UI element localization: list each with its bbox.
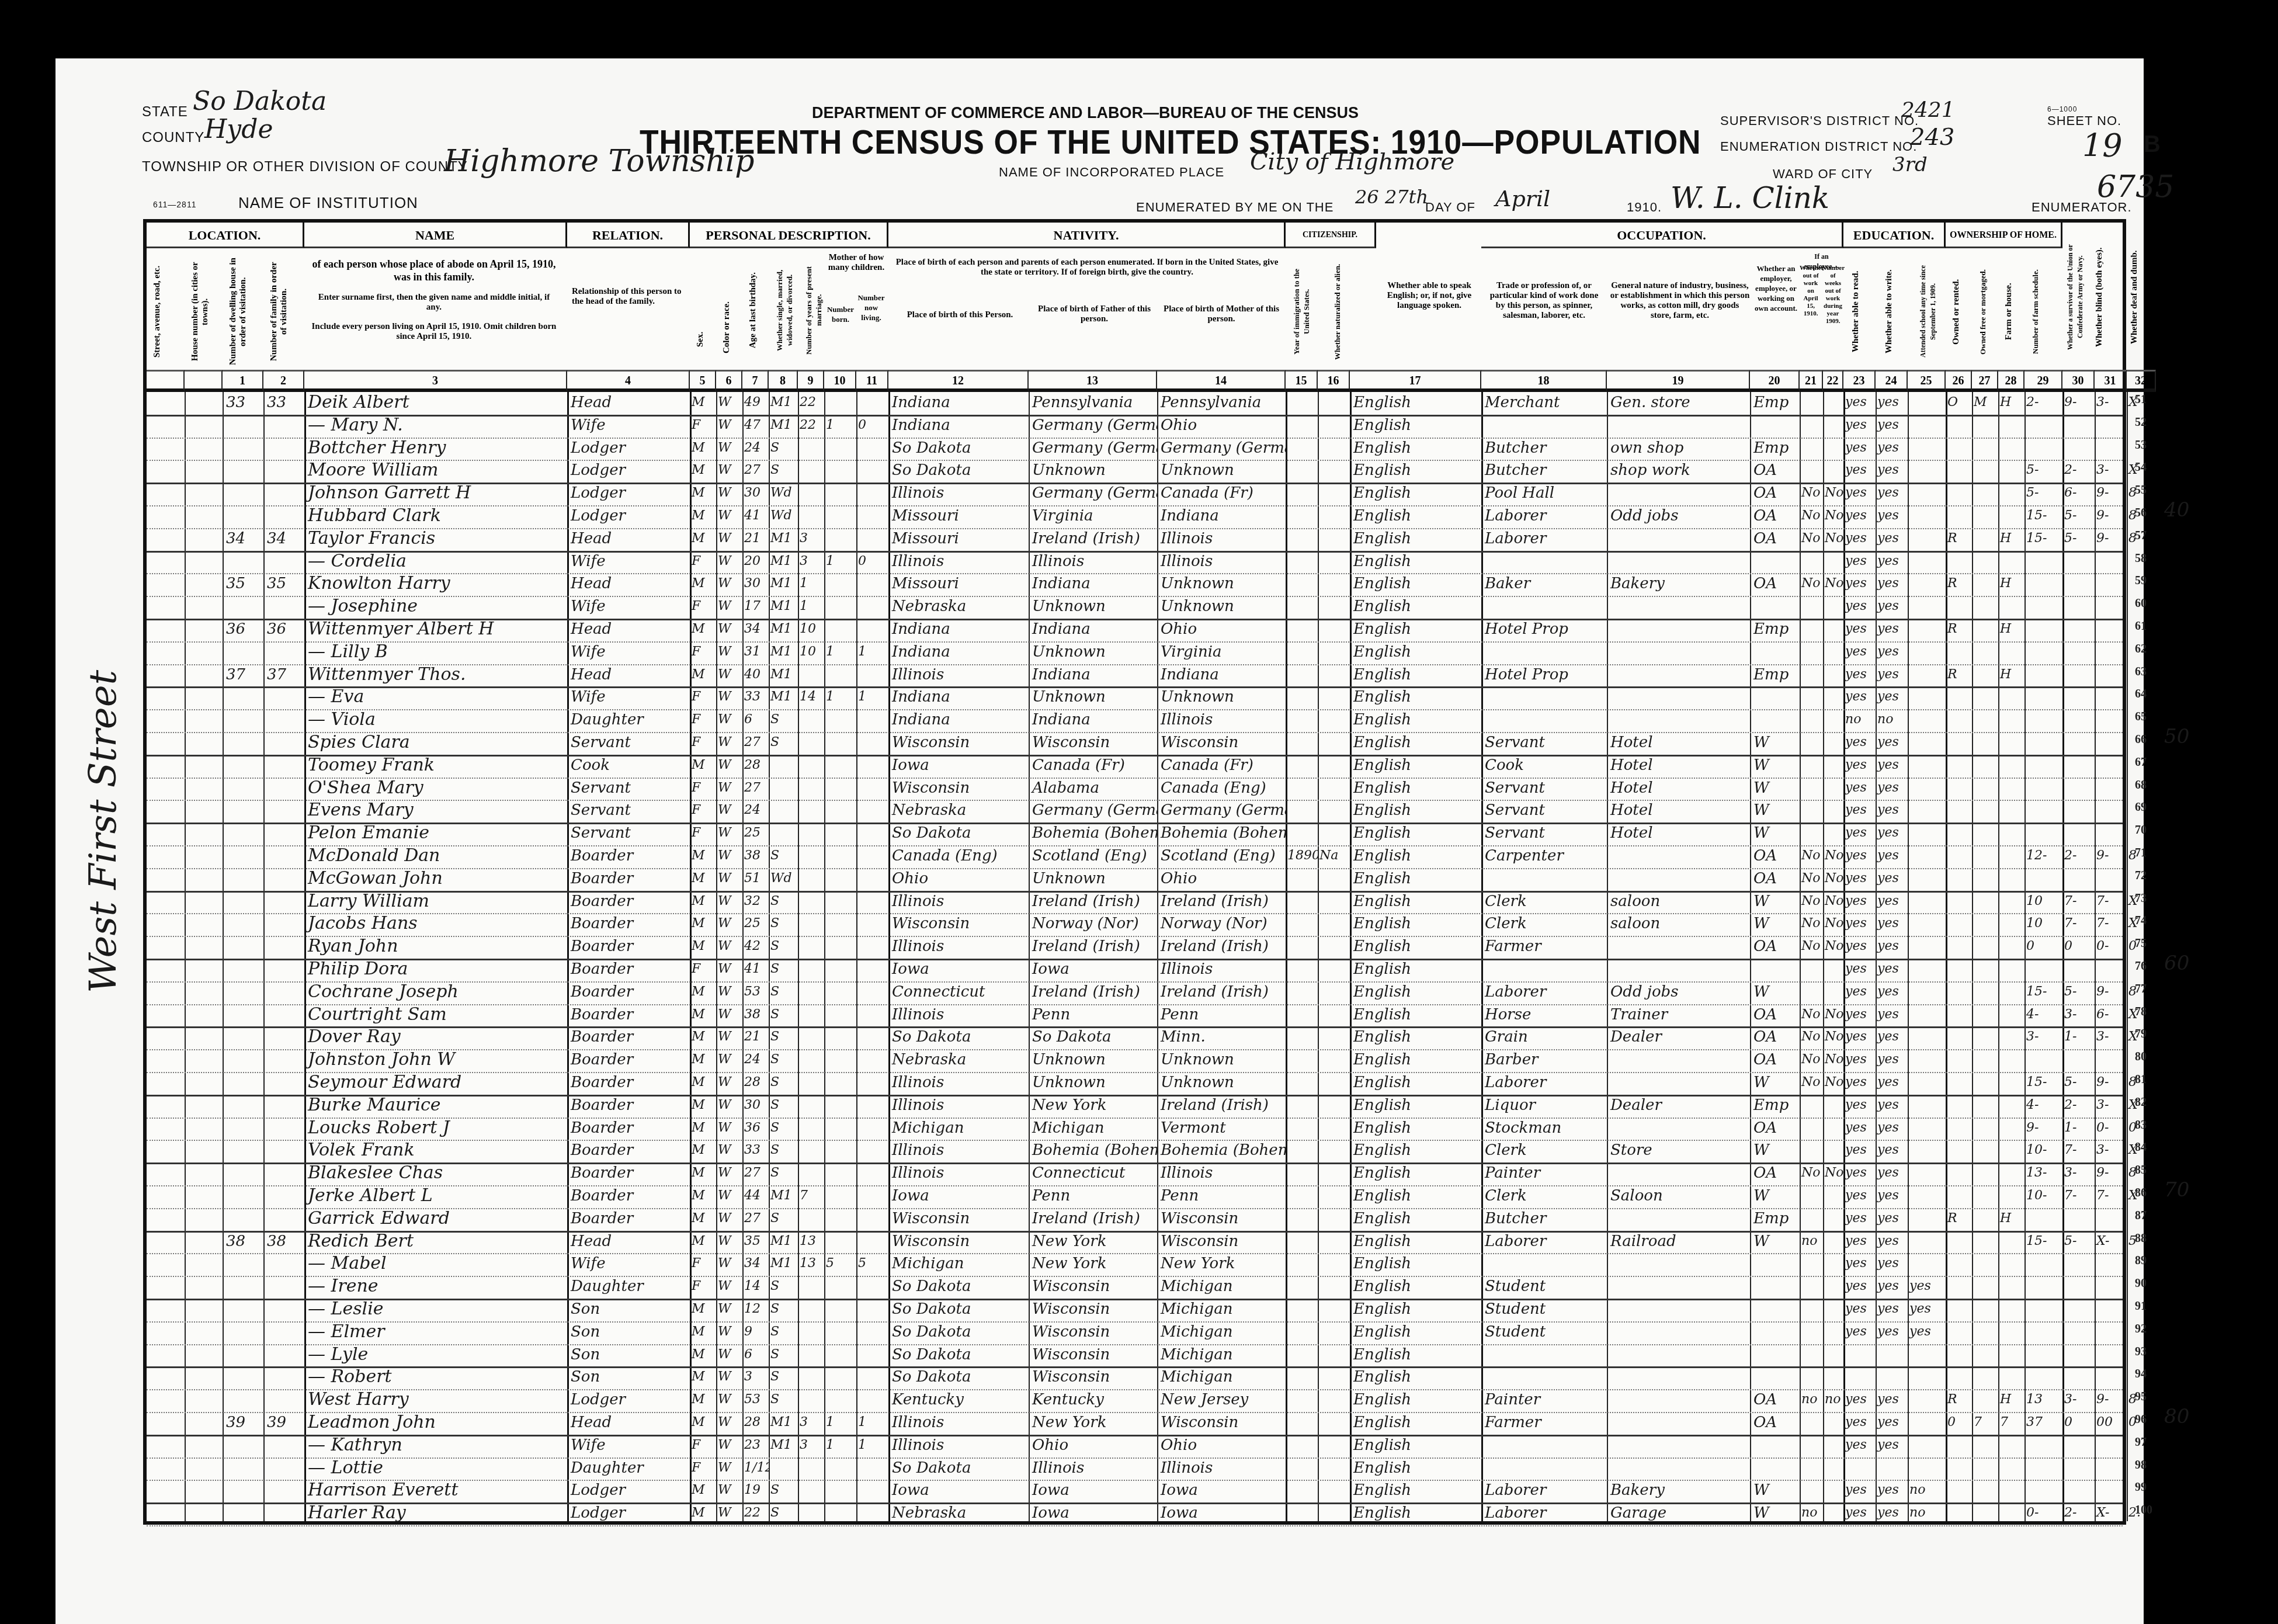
cell-color: W [716, 891, 742, 914]
cell-age: 35 [742, 1231, 769, 1254]
cell-pob-father: Penn [1029, 1185, 1157, 1208]
cell-name: Cochrane Joseph [304, 981, 567, 1004]
cell-emp: OA [1750, 483, 1800, 505]
cell-dwelling [223, 641, 263, 664]
cell-emp: Emp [1750, 619, 1800, 641]
cell-age: 25 [742, 913, 769, 936]
cell-english: English [1350, 1253, 1481, 1276]
cell-age: 32 [742, 891, 769, 914]
table-row: Cochrane JosephBoarderMW53SConnecticutIr… [147, 981, 2123, 1005]
cell-born [824, 1231, 856, 1254]
cell-owned [1946, 1163, 1972, 1185]
cell-free [1972, 1231, 1998, 1254]
cell-dwelling [223, 1095, 263, 1118]
cell-out [1800, 1344, 1823, 1367]
cell-english: English [1350, 596, 1481, 619]
cell-living [856, 1231, 888, 1254]
cell-dwelling [223, 1026, 263, 1049]
cell-english: English [1350, 392, 1481, 415]
cell-farm-sched [2024, 1366, 2062, 1389]
cell-owned [1946, 551, 1972, 574]
cell-english: English [1350, 1185, 1481, 1208]
cell-dwelling [223, 959, 263, 981]
line-number: 53 [2135, 439, 2147, 452]
cell-born [824, 1480, 856, 1502]
cell-pob-mother: New Jersey [1157, 1389, 1286, 1412]
cell-sex: M [690, 460, 716, 483]
cell-marital: M1 [769, 664, 798, 687]
cell-immig [1286, 936, 1318, 959]
cell-farm [1998, 1458, 2024, 1480]
cell-pob-father: Ohio [1029, 1435, 1157, 1458]
cell-free [1972, 1253, 1998, 1276]
cell-pob-mother: Bohemia (Bohemian) [1157, 823, 1286, 845]
cell-age: 33 [742, 686, 769, 709]
cell-industry: Bakery [1607, 1480, 1750, 1502]
cell-write: yes [1876, 1480, 1908, 1502]
cell-school [1908, 755, 1946, 778]
line-number: 51 [2135, 393, 2147, 407]
cell-sex: M [690, 1321, 716, 1344]
cell-emp: OA [1750, 1412, 1800, 1435]
cell-dwelling [223, 1276, 263, 1299]
cell-color: W [716, 913, 742, 936]
cell-dwelling: 37 [223, 664, 263, 687]
cell-born [824, 1458, 856, 1480]
cell-weeks [1823, 1435, 1843, 1458]
cell-dwelling [223, 1502, 263, 1525]
cell-out: No [1800, 936, 1823, 959]
cell-out [1800, 755, 1823, 778]
cell-family [263, 1208, 304, 1231]
cell-free [1972, 891, 1998, 914]
cell-color: W [716, 1049, 742, 1072]
cell-farm: H [1998, 1208, 2024, 1231]
cell-relation: Lodger [567, 438, 690, 460]
cell-yrs: 3 [798, 1435, 824, 1458]
sheet-form-label: 6—1000 [2047, 105, 2077, 113]
cell-marital: S [769, 1502, 798, 1525]
cell-born [824, 664, 856, 687]
cell-owned [1946, 1480, 1972, 1502]
cell-write: yes [1876, 1389, 1908, 1412]
cell-yrs [798, 1140, 824, 1163]
cell-owned [1946, 1231, 1972, 1254]
cell-immig [1286, 1321, 1318, 1344]
cell-family [263, 551, 304, 574]
cell-marital: M1 [769, 573, 798, 596]
cell-owned [1946, 415, 1972, 438]
cell-farm [1998, 505, 2024, 528]
table-row: West HarryLodgerMW53SKentuckyKentuckyNew… [147, 1389, 2123, 1413]
cell-pob: Illinois [888, 1004, 1029, 1027]
cell-weeks: No [1823, 483, 1843, 505]
cell-immig [1286, 1231, 1318, 1254]
cell-pob-mother: Ohio [1157, 415, 1286, 438]
cell-natz [1318, 415, 1350, 438]
cell-write: yes [1876, 1231, 1908, 1254]
cell-farm [1998, 686, 2024, 709]
owned-rented-header: Owned or rented. [1951, 258, 1961, 366]
cell-write: yes [1876, 891, 1908, 914]
english-description: Whether able to speak English; or, if no… [1380, 281, 1478, 311]
column-number: 14 [1157, 370, 1286, 392]
column-number: 18 [1481, 370, 1607, 392]
cell-owned [1946, 778, 1972, 800]
cell-farm [1998, 1004, 2024, 1027]
cell-industry: Hotel [1607, 800, 1750, 823]
cell-c30: 1- [2062, 1026, 2095, 1049]
cell-name: Larry William [304, 891, 567, 914]
cell-weeks: No [1823, 845, 1843, 868]
cell-yrs [798, 1458, 824, 1480]
cell-farm-sched [2024, 709, 2062, 732]
cell-immig [1286, 505, 1318, 528]
cell-relation: Boarder [567, 1140, 690, 1163]
cell-c31 [2095, 1366, 2127, 1389]
cell-english: English [1350, 1435, 1481, 1458]
cell-read: yes [1843, 1502, 1876, 1525]
cell-born [824, 1118, 856, 1140]
cell-pob: Iowa [888, 1185, 1029, 1208]
cell-farm [1998, 1140, 2024, 1163]
cell-english: English [1350, 1458, 1481, 1480]
cell-school [1908, 686, 1946, 709]
group-personal-description: PERSONAL DESCRIPTION. [690, 223, 888, 248]
table-row: 3939Leadmon JohnHeadMW28M1311IllinoisNew… [147, 1412, 2123, 1436]
cell-name: Hubbard Clark [304, 505, 567, 528]
cell-school [1908, 483, 1946, 505]
cell-trade: Laborer [1481, 1072, 1607, 1095]
cell-c31 [2095, 1321, 2127, 1344]
cell-farm [1998, 1185, 2024, 1208]
cell-trade [1481, 959, 1607, 981]
cell-english: English [1350, 1140, 1481, 1163]
cell-natz [1318, 1389, 1350, 1412]
cell-farm [1998, 1435, 2024, 1458]
cell-pob-father: Kentucky [1029, 1389, 1157, 1412]
cell-age: 47 [742, 415, 769, 438]
cell-weeks [1823, 1208, 1843, 1231]
cell-trade: Hotel Prop [1481, 664, 1607, 687]
cell-farm-sched: 0 [2024, 936, 2062, 959]
cell-trade: Butcher [1481, 438, 1607, 460]
cell-pob: Illinois [888, 1412, 1029, 1435]
cell-age: 6 [742, 1344, 769, 1367]
cell-industry [1607, 1208, 1750, 1231]
cell-name: Redich Bert [304, 1231, 567, 1254]
cell-pob-father: Bohemia (Bohemian) [1029, 823, 1157, 845]
cell-trade: Laborer [1481, 1480, 1607, 1502]
cell-read: yes [1843, 1095, 1876, 1118]
cell-dwelling [223, 1480, 263, 1502]
cell-owned [1946, 438, 1972, 460]
cell-farm [1998, 1095, 2024, 1118]
cell-born [824, 460, 856, 483]
cell-living [856, 823, 888, 845]
cell-trade [1481, 1458, 1607, 1480]
cell-yrs [798, 913, 824, 936]
cell-yrs [798, 981, 824, 1004]
county-value: Hyde [204, 114, 273, 144]
cell-born [824, 1502, 856, 1525]
cell-write: yes [1876, 1276, 1908, 1299]
years-married-header: Number of years of present marriage. [804, 258, 824, 363]
cell-yrs [798, 845, 824, 868]
cell-free [1972, 778, 1998, 800]
cell-pob-father: Scotland (Eng) [1029, 845, 1157, 868]
cell-yrs: 14 [798, 686, 824, 709]
cell-read: yes [1843, 1163, 1876, 1185]
cell-write [1876, 1366, 1908, 1389]
cell-family [263, 483, 304, 505]
cell-age: 44 [742, 1185, 769, 1208]
cell-marital: S [769, 1004, 798, 1027]
cell-born [824, 1163, 856, 1185]
column-number: 10 [824, 370, 856, 392]
cell-pob: Wisconsin [888, 732, 1029, 755]
cell-industry [1607, 1049, 1750, 1072]
cell-out: no [1800, 1231, 1823, 1254]
cell-marital: S [769, 1118, 798, 1140]
cell-living [856, 1163, 888, 1185]
line-number: 74 [2135, 914, 2147, 928]
cell-trade: Student [1481, 1276, 1607, 1299]
cell-weeks: No [1823, 1072, 1843, 1095]
cell-english: English [1350, 1208, 1481, 1231]
cell-industry [1607, 709, 1750, 732]
cell-immig [1286, 438, 1318, 460]
cell-sex: F [690, 1458, 716, 1480]
cell-living: 1 [856, 1412, 888, 1435]
cell-farm-sched [2024, 415, 2062, 438]
cell-marital: M1 [769, 1231, 798, 1254]
cell-farm [1998, 483, 2024, 505]
cell-dwelling [223, 913, 263, 936]
deaf-dumb-header: Whether deaf and dumb. [2130, 228, 2140, 366]
cell-marital [769, 778, 798, 800]
cell-c30 [2062, 438, 2095, 460]
cell-born [824, 505, 856, 528]
cell-school [1908, 619, 1946, 641]
cell-sex: M [690, 1049, 716, 1072]
cell-age: 36 [742, 1118, 769, 1140]
cell-immig [1286, 959, 1318, 981]
cell-out: No [1800, 505, 1823, 528]
cell-weeks [1823, 1253, 1843, 1276]
cell-yrs [798, 1095, 824, 1118]
cell-natz [1318, 483, 1350, 505]
naturalized-header: Whether naturalized or alien. [1332, 258, 1342, 366]
cell-owned [1946, 1502, 1972, 1525]
cell-name: Wittenmyer Thos. [304, 664, 567, 687]
cell-farm-sched: 10 [2024, 891, 2062, 914]
cell-color: W [716, 1389, 742, 1412]
cell-farm [1998, 1163, 2024, 1185]
cell-read: yes [1843, 528, 1876, 551]
table-row: Larry WilliamBoarderMW32SIllinoisIreland… [147, 891, 2123, 915]
cell-pob: Indiana [888, 641, 1029, 664]
cell-natz [1318, 664, 1350, 687]
cell-industry: Trainer [1607, 1004, 1750, 1027]
column-number: 22 [1823, 370, 1843, 392]
cell-relation: Son [567, 1344, 690, 1367]
cell-weeks: No [1823, 1026, 1843, 1049]
cell-family [263, 1389, 304, 1412]
cell-trade: Laborer [1481, 981, 1607, 1004]
cell-yrs [798, 823, 824, 845]
incorporated-place-value: City of Highmore [1250, 148, 1454, 175]
cell-read: yes [1843, 1231, 1876, 1254]
cell-born: 1 [824, 1435, 856, 1458]
cell-living: 0 [856, 551, 888, 574]
cell-color: W [716, 1480, 742, 1502]
table-row: Garrick EdwardBoarderMW27SWisconsinIrela… [147, 1208, 2123, 1233]
cell-pob: Illinois [888, 1140, 1029, 1163]
cell-farm [1998, 732, 2024, 755]
cell-out: no [1800, 1389, 1823, 1412]
cell-pob-father: Indiana [1029, 664, 1157, 687]
cell-family [263, 1163, 304, 1185]
cell-english: English [1350, 1321, 1481, 1344]
cell-c30: 5- [2062, 528, 2095, 551]
cell-trade: Merchant [1481, 392, 1607, 415]
cell-farm-sched [2024, 1480, 2062, 1502]
cell-pob: Kentucky [888, 1389, 1029, 1412]
cell-weeks [1823, 1276, 1843, 1299]
cell-school [1908, 1163, 1946, 1185]
cell-born [824, 1026, 856, 1049]
cell-name: — Viola [304, 709, 567, 732]
cell-born [824, 732, 856, 755]
cell-pob: Nebraska [888, 1502, 1029, 1525]
cell-school [1908, 460, 1946, 483]
cell-natz [1318, 392, 1350, 415]
mother-of-header: Mother of how many children. [827, 253, 885, 273]
cell-c31 [2095, 551, 2127, 574]
cell-trade [1481, 551, 1607, 574]
cell-family [263, 460, 304, 483]
table-row: — Lilly BWifeFW31M11011IndianaUnknownVir… [147, 641, 2123, 665]
cell-immig [1286, 1389, 1318, 1412]
cell-color: W [716, 641, 742, 664]
cell-pob-mother: Canada (Eng) [1157, 778, 1286, 800]
cell-relation: Lodger [567, 1389, 690, 1412]
cell-dwelling [223, 1208, 263, 1231]
cell-color: W [716, 1276, 742, 1299]
cell-weeks: No [1823, 573, 1843, 596]
cell-name: Johnson Garrett H [304, 483, 567, 505]
cell-farm-sched: 15- [2024, 505, 2062, 528]
cell-out: No [1800, 1072, 1823, 1095]
cell-yrs: 22 [798, 392, 824, 415]
cell-sex: M [690, 528, 716, 551]
cell-family: 34 [263, 528, 304, 551]
cell-emp: W [1750, 823, 1800, 845]
cell-pob-mother: Ohio [1157, 1435, 1286, 1458]
table-row: — RobertSonMW3SSo DakotaWisconsinMichiga… [147, 1366, 2123, 1390]
cell-born [824, 1344, 856, 1367]
group-nativity: NATIVITY. [888, 223, 1286, 248]
cell-c31 [2095, 415, 2127, 438]
cell-free [1972, 1299, 1998, 1321]
column-number: 8 [769, 370, 798, 392]
cell-natz [1318, 596, 1350, 619]
cell-industry [1607, 1253, 1750, 1276]
cell-owned [1946, 1072, 1972, 1095]
cell-color: W [716, 1321, 742, 1344]
cell-relation: Wife [567, 415, 690, 438]
cell-yrs [798, 1321, 824, 1344]
cell-dwelling [223, 1163, 263, 1185]
column-number: 5 [690, 370, 716, 392]
cell-c30 [2062, 732, 2095, 755]
cell-living [856, 573, 888, 596]
cell-write [1876, 1344, 1908, 1367]
cell-sex: M [690, 1389, 716, 1412]
cell-living [856, 596, 888, 619]
cell-name: Garrick Edward [304, 1208, 567, 1231]
cell-marital: S [769, 709, 798, 732]
cell-color: W [716, 1253, 742, 1276]
cell-pob-father: Indiana [1029, 619, 1157, 641]
cell-pob: Ohio [888, 868, 1029, 891]
cell-owned [1946, 800, 1972, 823]
cell-dwelling [223, 460, 263, 483]
cell-dwelling: 33 [223, 392, 263, 415]
cell-owned [1946, 483, 1972, 505]
cell-relation: Son [567, 1321, 690, 1344]
cell-pob-father: Pennsylvania [1029, 392, 1157, 415]
cell-color: W [716, 1026, 742, 1049]
cell-pob-father: So Dakota [1029, 1026, 1157, 1049]
cell-immig [1286, 664, 1318, 687]
cell-immig [1286, 460, 1318, 483]
house-number-header: House number (in cities or towns). [190, 258, 210, 366]
cell-c30: 7- [2062, 1185, 2095, 1208]
line-number: 78 [2135, 1005, 2147, 1019]
cell-trade: Liquor [1481, 1095, 1607, 1118]
cell-pob: Indiana [888, 415, 1029, 438]
cell-pob: Michigan [888, 1253, 1029, 1276]
cell-emp: W [1750, 732, 1800, 755]
table-row: Moore WilliamLodgerMW27SSo DakotaUnknown… [147, 460, 2123, 484]
cell-pob-mother: Illinois [1157, 528, 1286, 551]
cell-farm-sched [2024, 1276, 2062, 1299]
cell-relation: Boarder [567, 845, 690, 868]
number-born-header: Number born. [826, 304, 855, 324]
cell-farm-sched [2024, 1208, 2062, 1231]
cell-c31: X- [2095, 1502, 2127, 1525]
cell-sex: F [690, 800, 716, 823]
cell-read: yes [1843, 415, 1876, 438]
cell-trade [1481, 1435, 1607, 1458]
cell-living [856, 755, 888, 778]
cell-weeks [1823, 551, 1843, 574]
state-value: So Dakota [193, 86, 327, 116]
family-number-header: Number of family in order of visitation. [269, 258, 289, 366]
cell-yrs [798, 755, 824, 778]
cell-color: W [716, 438, 742, 460]
cell-pob: Missouri [888, 573, 1029, 596]
cell-age: 40 [742, 664, 769, 687]
cell-out: No [1800, 483, 1823, 505]
cell-owned [1946, 1276, 1972, 1299]
department-title: DEPARTMENT OF COMMERCE AND LABOR—BUREAU … [812, 104, 1359, 122]
cell-emp [1750, 709, 1800, 732]
cell-immig [1286, 913, 1318, 936]
cell-natz [1318, 619, 1350, 641]
